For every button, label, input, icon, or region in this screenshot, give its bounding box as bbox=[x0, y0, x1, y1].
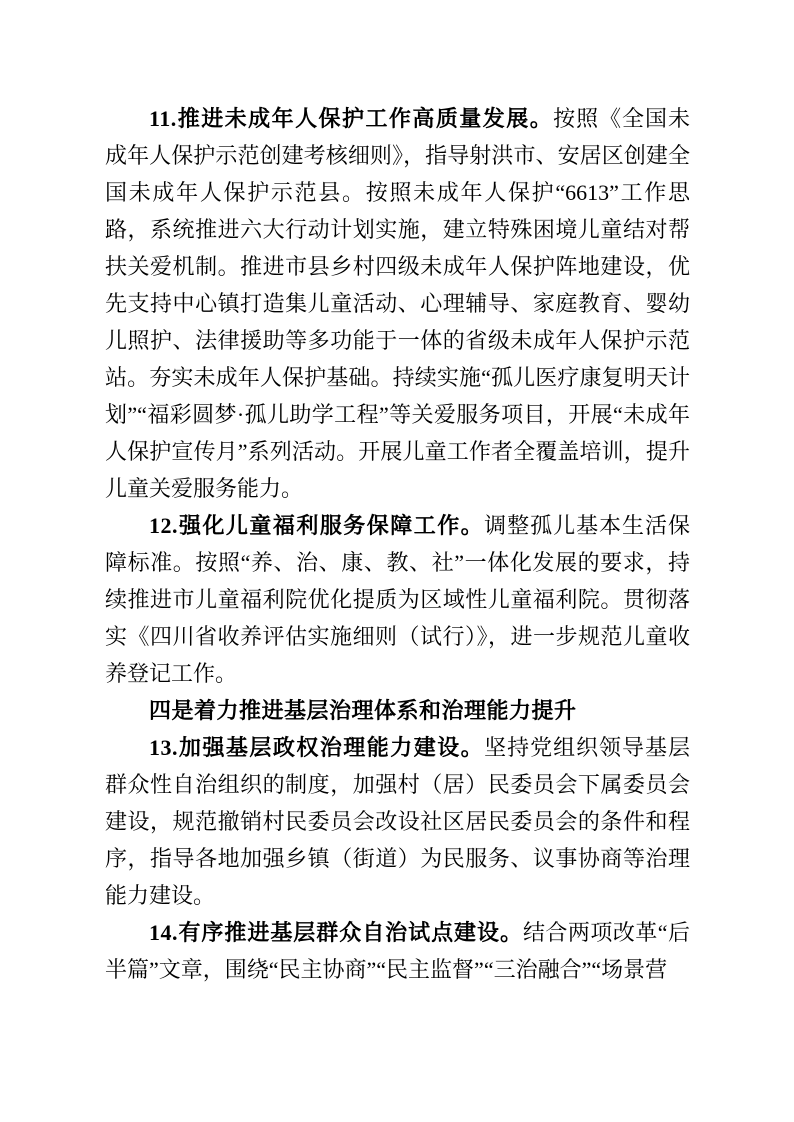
paragraph-item-14: 14.有序推进基层群众自治试点建设。结合两项改革“后半篇”文章，围绕“民主协商”… bbox=[105, 914, 690, 988]
paragraph-12-text: 调整孤儿基本生活保障标准。按照“养、治、康、教、社”一体化发展的要求，持续推进市… bbox=[105, 513, 690, 686]
paragraph-item-12: 12.强化儿童福利服务保障工作。调整孤儿基本生活保障标准。按照“养、治、康、教、… bbox=[105, 507, 690, 692]
paragraph-13-text: 坚持党组织领导基层群众性自治组织的制度，加强村（居）民委员会下属委员会建设，规范… bbox=[105, 735, 690, 908]
paragraph-11-lead: 11.推进未成年人保护工作高质量发展。 bbox=[149, 106, 553, 131]
paragraph-item-11: 11.推进未成年人保护工作高质量发展。按照《全国未成年人保护示范创建考核细则》，… bbox=[105, 100, 690, 507]
paragraph-item-13: 13.加强基层政权治理能力建设。坚持党组织领导基层群众性自治组织的制度，加强村（… bbox=[105, 729, 690, 914]
paragraph-13-lead: 13.加强基层政权治理能力建设。 bbox=[149, 735, 484, 760]
paragraph-12-lead: 12.强化儿童福利服务保障工作。 bbox=[149, 513, 484, 538]
section-heading-four: 四是着力推进基层治理体系和治理能力提升 bbox=[105, 692, 690, 729]
document-body: 11.推进未成年人保护工作高质量发展。按照《全国未成年人保护示范创建考核细则》，… bbox=[105, 100, 690, 988]
paragraph-14-lead: 14.有序推进基层群众自治试点建设。 bbox=[149, 920, 523, 945]
paragraph-11-text: 按照《全国未成年人保护示范创建考核细则》，指导射洪市、安居区创建全国未成年人保护… bbox=[105, 106, 690, 501]
document-page: 11.推进未成年人保护工作高质量发展。按照《全国未成年人保护示范创建考核细则》，… bbox=[0, 0, 794, 1122]
